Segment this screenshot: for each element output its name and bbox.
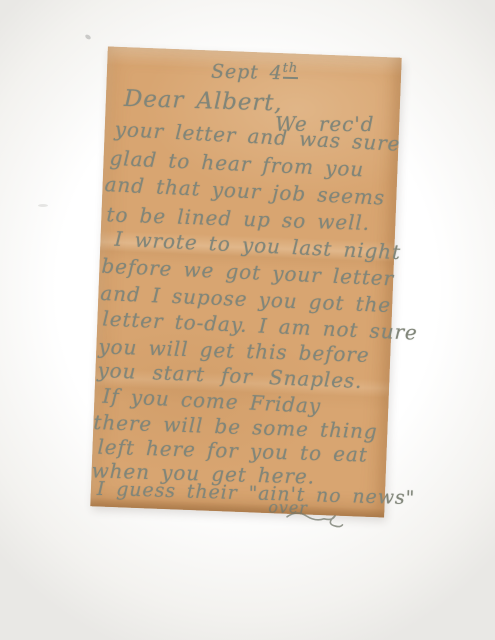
salutation: Dear Albert, <box>124 86 283 117</box>
scanned-letter-background: Sept 4th Dear Albert, We rec'd your lett… <box>0 0 495 640</box>
date-suffix: th <box>283 61 299 79</box>
scan-smudge <box>84 34 91 41</box>
letter-line: I guess their "ain't no news" <box>97 478 416 509</box>
date-main: Sept 4 <box>211 61 283 84</box>
date-line: Sept 4th <box>211 59 298 84</box>
letter-paper: Sept 4th Dear Albert, We rec'd your lett… <box>90 47 401 518</box>
scan-smudge <box>38 204 48 207</box>
over-flourish-squiggle <box>285 508 344 530</box>
